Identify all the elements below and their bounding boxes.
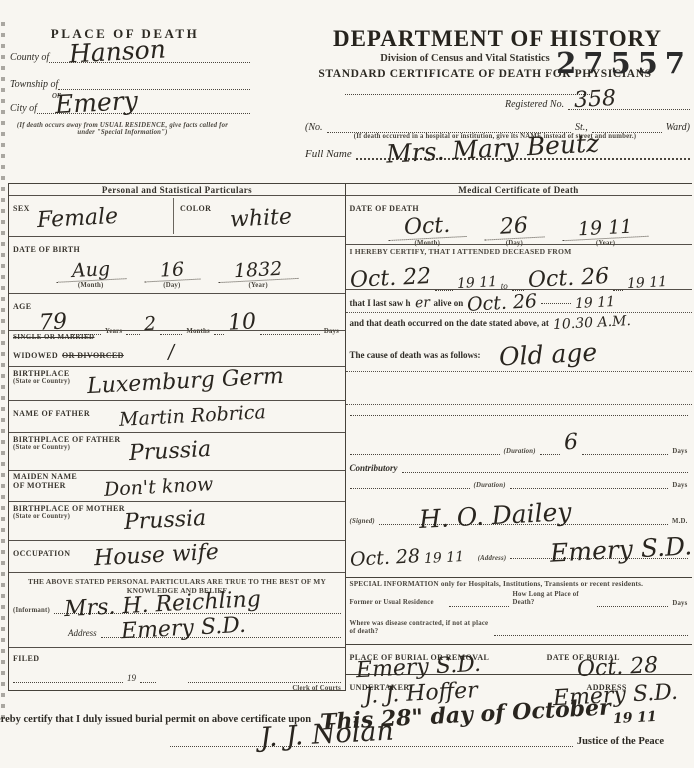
row-death-occurred: and that death occurred on the date stat… bbox=[346, 313, 692, 338]
city-writein: Emery bbox=[37, 113, 250, 114]
marital-struck-divorced: OR DIVORCED bbox=[62, 351, 124, 360]
justice-of-peace-label: Justice of the Peace bbox=[577, 736, 664, 747]
informant-address-writein: Emery S.D. bbox=[101, 637, 341, 638]
full-name-label: Full Name bbox=[305, 148, 352, 160]
dod-label: DATE OF DEATH bbox=[350, 204, 420, 213]
registered-value: 358 bbox=[573, 86, 616, 113]
day-caption: (Day) bbox=[163, 282, 180, 289]
alive-on-text: alive on bbox=[434, 298, 464, 308]
registered-writein: 358 bbox=[568, 109, 690, 110]
personal-particulars-column: Personal and Statistical Particulars SEX… bbox=[8, 183, 346, 691]
row-date-of-death: DATE OF DEATH Oct.(Month) 26(Day) 19 11(… bbox=[346, 196, 692, 245]
former-residence-label: Former or Usual Residence bbox=[350, 599, 445, 607]
color-cell: COLOR white bbox=[174, 198, 341, 234]
duration-days-word: Days bbox=[672, 448, 687, 455]
county-value: Hanson bbox=[68, 34, 166, 68]
death-certificate-scan: PLACE OF DEATH County of Hanson Township… bbox=[0, 0, 694, 768]
marital-value: / bbox=[167, 341, 175, 363]
last-saw-year: 19 11 bbox=[575, 294, 616, 312]
no-label: (No. bbox=[305, 122, 323, 133]
row-duration-primary: (Duration) 6 Days bbox=[346, 405, 692, 455]
last-saw-her: er bbox=[414, 295, 430, 312]
dod-month: Oct. bbox=[388, 214, 467, 241]
row-cause-of-death: The cause of death was as follows: Old a… bbox=[346, 338, 692, 372]
blank-dotted-line-2 bbox=[350, 415, 688, 416]
row-informant: THE ABOVE STATED PERSONAL PARTICULARS AR… bbox=[9, 573, 345, 648]
father-name-value: Martin Robrica bbox=[119, 401, 267, 431]
undertaker-cell: UNDERTAKER J. J. Hoffer bbox=[350, 677, 527, 703]
cause-label: The cause of death was as follows: bbox=[350, 350, 481, 360]
color-label: COLOR bbox=[180, 204, 211, 213]
informant-label: (Informant) bbox=[13, 607, 50, 614]
signed-label: (Signed) bbox=[350, 518, 375, 525]
row-duration-secondary: (Duration) Days bbox=[346, 480, 692, 500]
sign-year: 19 11 bbox=[423, 549, 464, 567]
informant-address-label: Address bbox=[68, 628, 97, 638]
dob-month: Aug bbox=[55, 259, 126, 283]
marital-kept-widowed: WIDOWED bbox=[13, 351, 58, 360]
row-mother-birthplace: BIRTHPLACE OF MOTHER (State or Country) … bbox=[9, 502, 345, 541]
row-sign-date-address: Oct. 28 19 11 (Address) Emery S.D. bbox=[346, 545, 692, 578]
where-contracted-label: Where was disease contracted, if not at … bbox=[350, 620, 490, 636]
city-value: Emery bbox=[54, 86, 138, 119]
last-saw-date: Oct. 26 bbox=[467, 290, 538, 316]
row-filed: FILED 19 Clerk of Courts bbox=[9, 648, 345, 690]
occurred-text: and that death occurred on the date stat… bbox=[350, 318, 549, 328]
certificate-stamp-number: 27557 bbox=[556, 46, 692, 80]
registered-line: Registered No. 358 bbox=[505, 99, 690, 110]
sex-label: SEX bbox=[13, 204, 30, 213]
filed-year: 19 bbox=[127, 673, 136, 683]
county-label: County of bbox=[10, 52, 49, 63]
binding-edge-marks bbox=[1, 22, 5, 722]
occupation-label: OCCUPATION bbox=[13, 549, 70, 558]
township-label: Township of bbox=[10, 79, 58, 90]
right-section-title: Medical Certificate of Death bbox=[346, 184, 692, 196]
row-father-name: NAME OF FATHER Martin Robrica bbox=[9, 401, 345, 433]
row-contributory: Contributory bbox=[346, 455, 692, 480]
sign-date: Oct. 28 bbox=[349, 545, 420, 571]
duration-caption: (Duration) bbox=[504, 448, 536, 455]
row-father-birthplace: BIRTHPLACE OF FATHER (State or Country) … bbox=[9, 433, 345, 471]
dod-year: 19 11 bbox=[562, 217, 649, 241]
burial-place-cell: PLACE OF BURIAL OR REMOVAL Emery S.D. bbox=[350, 647, 547, 672]
cause-value: Old age bbox=[498, 337, 598, 371]
residence-note: (If death occurs away from USUAL RESIDEN… bbox=[10, 122, 235, 136]
informant-address-value: Emery S.D. bbox=[120, 613, 246, 645]
duration2-caption: (Duration) bbox=[474, 482, 506, 489]
city-line: City of Emery bbox=[10, 103, 250, 114]
city-label: City of bbox=[10, 103, 37, 114]
informant-writein: Mrs. H. Reichling bbox=[54, 613, 341, 614]
place-of-death-block: PLACE OF DEATH County of Hanson Township… bbox=[10, 26, 310, 136]
last-saw-text: that I last saw h bbox=[350, 298, 411, 308]
row-blank-dotted bbox=[346, 372, 692, 405]
mother-maiden-label: MAIDEN NAME OF MOTHER bbox=[13, 473, 83, 491]
row-mother-maiden-name: MAIDEN NAME OF MOTHER Don't know bbox=[9, 471, 345, 502]
row-where-contracted: Where was disease contracted, if not at … bbox=[346, 618, 692, 645]
mother-maiden-value: Don't know bbox=[103, 473, 213, 501]
county-writein: Hanson bbox=[49, 62, 250, 63]
signature-writein: H. O. Dailey bbox=[379, 524, 668, 525]
department-header: DEPARTMENT OF HISTORY Division of Census… bbox=[305, 26, 690, 160]
marital-struck-single-married: SINGLE OR MARRIED bbox=[13, 333, 341, 341]
color-value: white bbox=[229, 204, 292, 232]
left-section-title: Personal and Statistical Particulars bbox=[9, 184, 345, 196]
mother-birthplace-value: Prussia bbox=[123, 506, 206, 535]
attended-to-date: Oct. 26 bbox=[527, 264, 609, 293]
filed-label: FILED bbox=[13, 654, 341, 663]
sex-cell: SEX Female bbox=[13, 198, 174, 234]
sign-address-writein: Emery S.D. bbox=[510, 558, 687, 559]
sign-address-label: (Address) bbox=[478, 555, 507, 562]
row-burial: PLACE OF BURIAL OR REMOVAL Emery S.D. DA… bbox=[346, 645, 692, 675]
year-caption: (Year) bbox=[248, 282, 267, 289]
time-of-death: 10.30 A.M. bbox=[552, 313, 631, 333]
justice-signature-row: J. J. Nolan Justice of the Peace bbox=[0, 724, 694, 747]
medical-certificate-column: Medical Certificate of Death DATE OF DEA… bbox=[346, 183, 692, 705]
row-marital-status: SINGLE OR MARRIED WIDOWED OR DIVORCED / bbox=[9, 331, 345, 367]
attended-from-date: Oct. 22 bbox=[349, 264, 431, 293]
certify-attended-text: I HEREBY CERTIFY, THAT I ATTENDED DECEAS… bbox=[350, 247, 688, 256]
duration2-days-word: Days bbox=[672, 482, 687, 489]
county-line: County of Hanson bbox=[10, 52, 250, 63]
dod-day: 26 bbox=[484, 214, 545, 240]
duration-value: 6 bbox=[563, 430, 578, 456]
contributory-label: Contributory bbox=[350, 463, 398, 473]
dob-day: 16 bbox=[143, 260, 200, 283]
clerk-of-courts-label: Clerk of Courts bbox=[13, 685, 341, 692]
full-name-line: Full Name Mrs. Mary Beutz bbox=[305, 148, 690, 160]
row-occupation: OCCUPATION House wife bbox=[9, 541, 345, 573]
blank-dotted-line bbox=[345, 94, 590, 95]
father-birthplace-value: Prussia bbox=[128, 437, 211, 466]
burial-date-cell: DATE OF BURIAL Oct. 28 bbox=[547, 647, 688, 672]
dob-year: 1832 bbox=[218, 259, 299, 283]
row-attended-deceased: I HEREBY CERTIFY, THAT I ATTENDED DECEAS… bbox=[346, 245, 692, 290]
how-long-days-word: Days bbox=[672, 600, 687, 607]
row-special-information: SPECIAL INFORMATION only for Hospitals, … bbox=[346, 578, 692, 618]
sex-value: Female bbox=[36, 204, 118, 233]
row-last-saw-alive: that I last saw h er alive on Oct. 26 19… bbox=[346, 290, 692, 313]
month-caption: (Month) bbox=[78, 282, 104, 289]
father-name-label: NAME OF FATHER bbox=[13, 409, 90, 418]
special-information-heading: SPECIAL INFORMATION only for Hospitals, … bbox=[350, 580, 688, 588]
row-birthplace: BIRTHPLACE (State or Country) Luxemburg … bbox=[9, 367, 345, 401]
registered-label: Registered No. bbox=[505, 99, 564, 110]
full-name-writein: Mrs. Mary Beutz bbox=[356, 158, 690, 160]
ward-label: Ward) bbox=[666, 122, 690, 133]
md-label: M.D. bbox=[672, 518, 688, 525]
row-date-of-birth: DATE OF BIRTH Aug(Month) 16(Day) 1832(Ye… bbox=[9, 237, 345, 294]
row-age: AGE 79 Years 2 Months 10 Days bbox=[9, 294, 345, 331]
row-sex-color: SEX Female COLOR white bbox=[9, 196, 345, 237]
occupation-value: House wife bbox=[93, 540, 219, 572]
physician-signature: H. O. Dailey bbox=[418, 497, 572, 534]
age-label: AGE bbox=[13, 302, 32, 311]
how-long-label: How Long at Place of Death? bbox=[513, 591, 593, 607]
justice-signature-writein: J. J. Nolan bbox=[170, 724, 573, 747]
justice-signature: J. J. Nolan bbox=[259, 716, 394, 754]
street-line: (No. St., Ward) bbox=[305, 122, 690, 133]
dob-label: DATE OF BIRTH bbox=[13, 245, 80, 254]
